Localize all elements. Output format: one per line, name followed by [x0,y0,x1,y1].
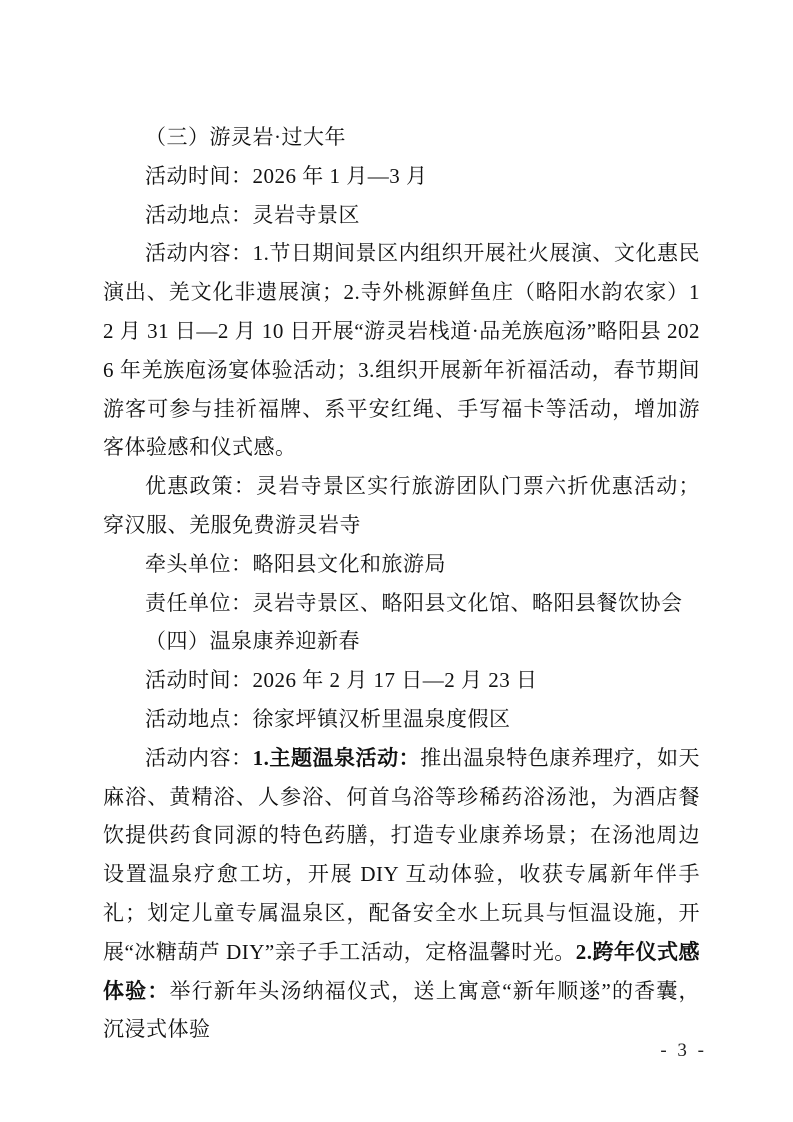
body-text: （四）温泉康养迎新春 [145,629,360,653]
section-3-responsible-unit: 责任单位：灵岩寺景区、略阳县文化馆、略阳县餐饮协会 [103,584,700,623]
section-3-activity-place: 活动地点：灵岩寺景区 [103,196,700,235]
section-3-activity-content: 活动内容：1.节日期间景区内组织开展社火展演、文化惠民演出、羌文化非遗展演；2.… [103,234,700,467]
body-text: 活动内容： [145,746,253,770]
body-text: 举行新年头汤纳福仪式，送上寓意“新年顺遂”的香囊，沉浸式体验 [103,979,700,1042]
section-4-activity-content: 活动内容：1.主题温泉活动：推出温泉特色康养理疗，如天麻浴、黄精浴、人参浴、何首… [103,739,700,1049]
body-text: 责任单位：灵岩寺景区、略阳县文化馆、略阳县餐饮协会 [145,591,683,615]
section-4-heading: （四）温泉康养迎新春 [103,622,700,661]
section-3-heading: （三）游灵岩·过大年 [103,118,700,157]
section-3-activity-time: 活动时间：2026 年 1 月—3 月 [103,157,700,196]
body-text: （三）游灵岩·过大年 [145,125,346,149]
body-text: 活动地点：徐家坪镇汉析里温泉度假区 [145,707,511,731]
page-number: - 3 - [660,1039,707,1063]
body-text: 活动时间：2026 年 1 月—3 月 [145,164,428,188]
body-text: 活动地点：灵岩寺景区 [145,203,360,227]
emphasis-text: 1.主题温泉活动： [253,746,421,770]
body-text: 活动内容：1.节日期间景区内组织开展社火展演、文化惠民演出、羌文化非遗展演；2.… [103,241,700,459]
section-3-lead-unit: 牵头单位：略阳县文化和旅游局 [103,545,700,584]
body-text: 推出温泉特色康养理疗，如天麻浴、黄精浴、人参浴、何首乌浴等珍稀药浴汤池，为酒店餐… [103,746,700,964]
body-text: 活动时间：2026 年 2 月 17 日—2 月 23 日 [145,668,538,692]
document-body: （三）游灵岩·过大年活动时间：2026 年 1 月—3 月活动地点：灵岩寺景区活… [103,118,700,1049]
document-page: （三）游灵岩·过大年活动时间：2026 年 1 月—3 月活动地点：灵岩寺景区活… [0,0,793,1122]
body-text: 优惠政策：灵岩寺景区实行旅游团队门票六折优惠活动；穿汉服、羌服免费游灵岩寺 [103,474,700,537]
body-text: 牵头单位：略阳县文化和旅游局 [145,552,446,576]
section-3-discount-policy: 优惠政策：灵岩寺景区实行旅游团队门票六折优惠活动；穿汉服、羌服免费游灵岩寺 [103,467,700,545]
section-4-activity-time: 活动时间：2026 年 2 月 17 日—2 月 23 日 [103,661,700,700]
section-4-activity-place: 活动地点：徐家坪镇汉析里温泉度假区 [103,700,700,739]
